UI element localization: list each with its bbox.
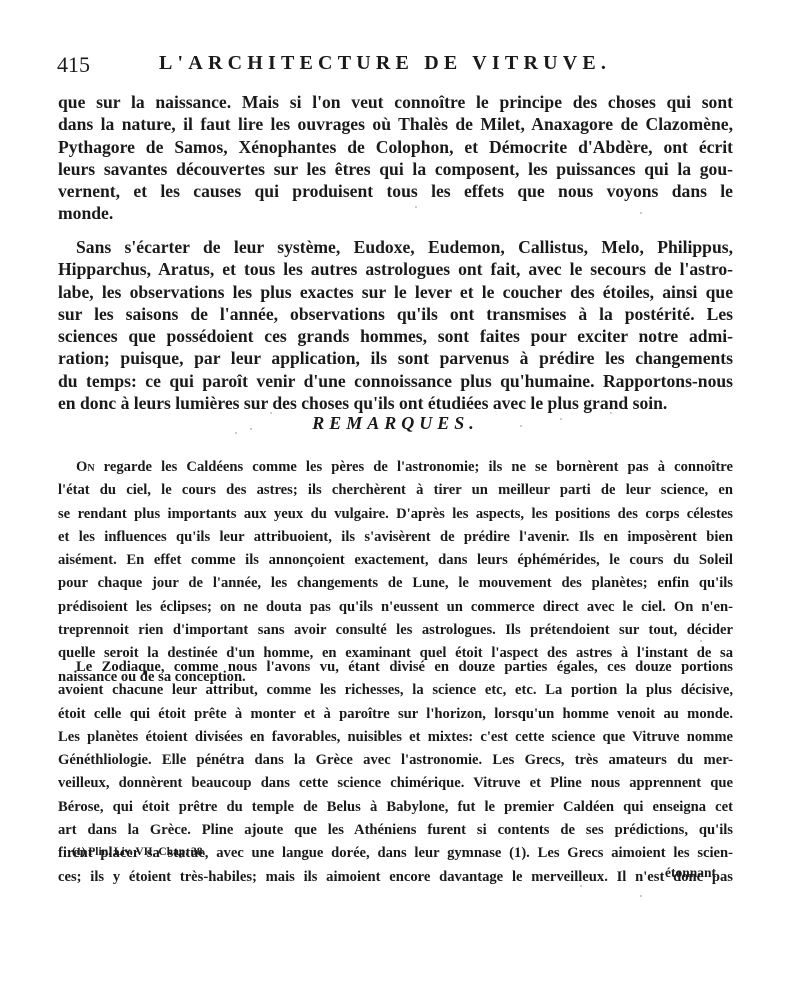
running-title: L'ARCHITECTURE DE VITRUVE. [159,52,611,75]
text-line: ces; ils y étoient très-habiles; mais il… [58,866,733,889]
scan-speck [580,885,582,887]
text-line: treprennoit rien d'important sans avoir … [58,619,733,642]
scan-speck [560,418,562,420]
text-line: monde. [58,202,733,224]
text-line: leurs savantes découvertes sur les êtres… [58,158,733,180]
text-line: veilleux, donnèrent beaucoup dans cette … [58,772,733,795]
text-line: On regarde les Caldéens comme les pères … [58,456,733,479]
text-line: ration; puisque, par leur application, i… [58,347,733,369]
text-line: art dans la Grèce. Pline ajoute que les … [58,819,733,842]
text-line: sur les saisons de l'année, observations… [58,303,733,325]
main-paragraph-2: Sans s'écarter de leur système, Eudoxe, … [58,236,733,414]
text-line: l'état du ciel, le cours des astres; ils… [58,479,733,502]
remarks-heading: REMARQUES. [0,413,791,434]
scan-speck [560,628,562,630]
text-line: Bérose, qui étoit prêtre du temple de Be… [58,796,733,819]
catchword: étonnant [665,865,716,881]
text-line: Les planètes étoient divisées en favorab… [58,726,733,749]
scan-speck [250,428,252,430]
text-line: aisément. En effet comme ils annonçoient… [58,549,733,572]
scan-speck [640,895,642,897]
text-line: labe, les observations les plus exactes … [58,281,733,303]
initial-small-caps: On [76,459,95,475]
main-paragraph-1: que sur la naissance. Mais si l'on veut … [58,91,733,225]
scan-speck [700,640,702,642]
text-line: se rendant plus importants aux yeux du v… [58,503,733,526]
text-line: étoit celle qui étoit prête à monter et … [58,703,733,726]
text-line: sciences que possédoient ces grands homm… [58,325,733,347]
text-line: Généthliologie. Elle pénétra dans la Grè… [58,749,733,772]
scan-speck [415,206,417,208]
scan-speck [235,432,237,434]
text-line: Le Zodiaque, comme nous l'avons vu, étan… [58,656,733,679]
page-number: 415 [57,52,90,78]
text-line: prédisoient les éclipses; on ne douta pa… [58,596,733,619]
text-line: Hipparchus, Aratus, et tous les autres a… [58,258,733,280]
text-line: vernent, et les causes qui produisent to… [58,180,733,202]
scan-speck [270,412,272,414]
text-line: pour chaque jour de l'année, les changem… [58,572,733,595]
remarks-paragraph-1: On regarde les Caldéens comme les pères … [58,456,733,689]
text-line: Sans s'écarter de leur système, Eudoxe, … [58,236,733,258]
text-line: et les influences qu'ils leur attribuoie… [58,526,733,549]
text-line: dans la nature, il faut lire les ouvrage… [58,113,733,135]
scan-speck [330,420,332,422]
page-header: 415 L'ARCHITECTURE DE VITRUVE. [57,52,637,78]
text-line: que sur la naissance. Mais si l'on veut … [58,91,733,113]
scan-speck [610,412,612,414]
scan-speck [520,425,522,427]
text-line: Pythagore de Samos, Xénophantes de Colop… [58,136,733,158]
text-line: du temps: ce qui paroît venir d'une conn… [58,370,733,392]
text-line: en donc à leurs lumières sur des choses … [58,392,733,414]
text-line: avoient chacune leur attribut, comme les… [58,679,733,702]
scan-speck [640,212,642,214]
footnote: (1) Plin. Liv. VII, Chap. 38. [72,846,205,858]
